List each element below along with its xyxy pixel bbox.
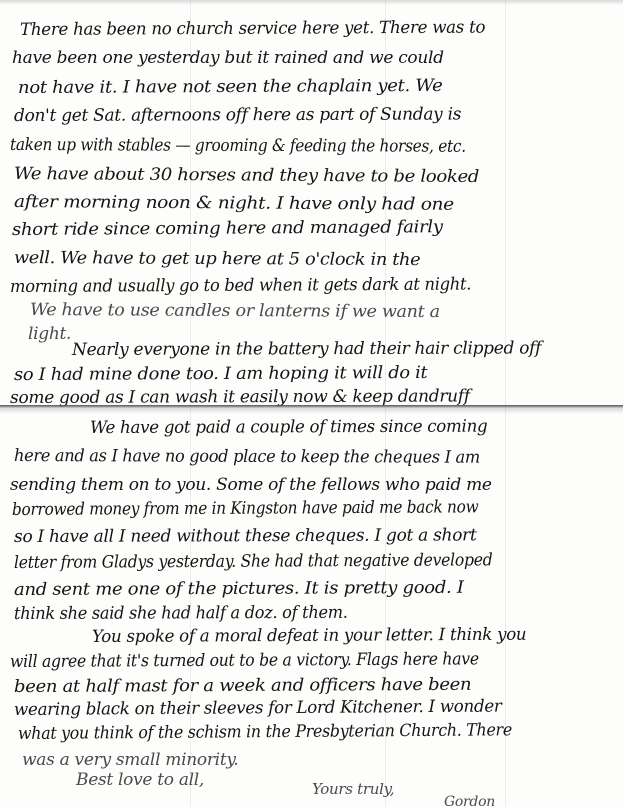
letter-line: You spoke of a moral defeat in your lett… [92,625,526,647]
letter-line: We have got paid a couple of times since… [90,417,487,438]
letter-closing: Best love to all, [76,770,204,790]
letter-line: wearing black on their sleeves for Lord … [14,697,502,720]
letter-line: been at half mast for a week and officer… [14,675,471,697]
letter-line: We have about 30 horses and they have to… [14,164,479,187]
letter-valediction: Yours truly, [312,780,394,798]
letter-line: so I have all I need without these chequ… [14,525,477,547]
paper-fold-shadow [0,408,623,414]
letter-line: what you think of the schism in the Pres… [18,720,512,744]
letter-line: think she said she had half a doz. of th… [14,603,348,624]
letter-line: morning and usually go to bed when it ge… [10,274,471,297]
letter-line: and sent me one of the pictures. It is p… [14,578,464,600]
letter-line: sending them on to you. Some of the fell… [10,475,492,495]
letter-line: after morning noon & night. I have only … [14,192,454,215]
letter-signature: Gordon [444,794,495,807]
letter-line: will agree that it's turned out to be a … [10,649,479,672]
letter-line: short ride since coming here and managed… [12,217,443,240]
letter-line: have been one yesterday but it rained an… [12,48,444,68]
letter-page: There has been no church service here ye… [0,0,623,807]
letter-line: don't get Sat. afternoons off here as pa… [14,104,461,126]
letter-line: Nearly everyone in the battery had their… [72,338,541,360]
paper-top-edge [0,0,623,5]
letter-line: here and as I have no good place to keep… [14,446,480,468]
letter-line: light. [28,324,71,344]
paper-crease [505,0,506,807]
letter-line: There has been no church service here ye… [20,18,485,40]
letter-line: not have it. I have not seen the chaplai… [18,76,443,98]
letter-line: was a very small minority. [22,750,239,770]
letter-line: so I had mine done too. I am hoping it w… [14,363,428,385]
letter-line: letter from Gladys yesterday. She had th… [14,550,493,573]
letter-line: We have to use candles or lanterns if we… [30,300,440,322]
letter-line: taken up with stables — grooming & feedi… [10,135,466,157]
letter-line: borrowed money from me in Kingston have … [12,497,478,520]
letter-line: well. We have to get up here at 5 o'cloc… [14,248,420,270]
